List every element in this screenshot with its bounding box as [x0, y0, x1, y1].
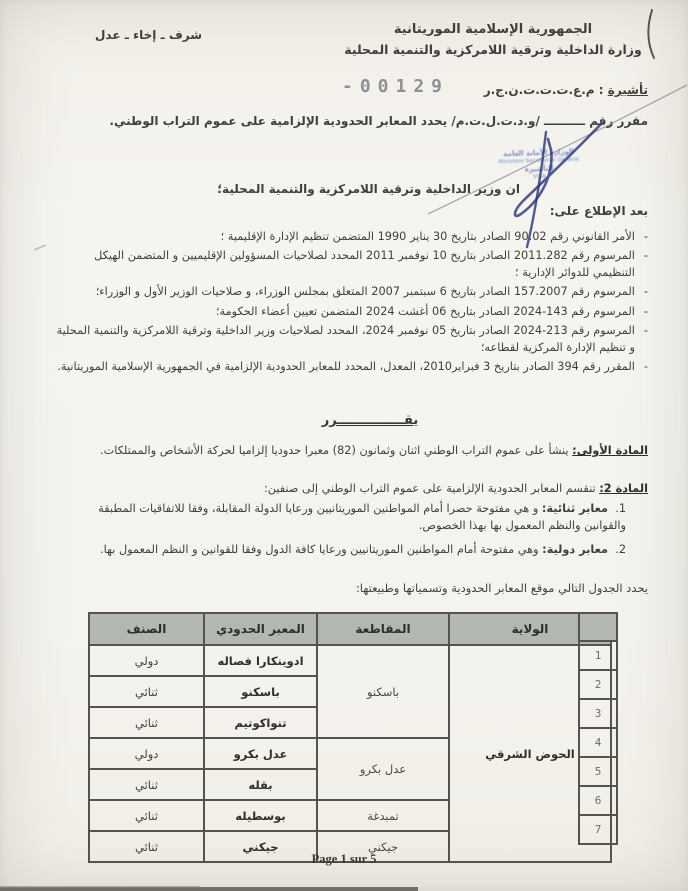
list-item: -المرسوم رقم 213-2024 الصادر بتاريخ 05 ن… — [48, 322, 648, 356]
article-1-label: المادة الأولى: — [572, 444, 648, 457]
row-number: 1 — [578, 642, 618, 671]
margin-pencil-mark — [34, 245, 46, 250]
visa-code: : م.ع.ت.ت.ت.ن.ج.ر — [484, 83, 608, 97]
row-number: 5 — [578, 758, 618, 787]
article-2-item-2: 2. معابر دولية: وهي مفتوحة أمام المواطني… — [66, 542, 626, 559]
article-2-item-1: 1. معابر ثنائية: و هي مفتوحة حصرا أمام ا… — [66, 501, 626, 535]
registry-stamp-number: -00129 — [342, 76, 449, 97]
row-number: 3 — [578, 700, 618, 729]
moughataa-cell: تمبدغة — [317, 800, 449, 831]
list-item: -الأمر القانوني رقم 90.02 الصادر بتاريخ … — [48, 228, 648, 245]
col-header-type: الصنف — [89, 613, 204, 645]
page-number-footer: Page 1 sur 5 — [0, 852, 688, 867]
legal-references-list: -الأمر القانوني رقم 90.02 الصادر بتاريخ … — [48, 228, 648, 377]
ministry-visa-stamp: الوزارة الأمانة العامة Ministère Secréta… — [477, 147, 600, 184]
table-row: الحوض الشرقي باسكنو ادوينكارا فصاله دولي — [89, 645, 611, 676]
col-header-moughataa: المقاطعة — [317, 613, 449, 645]
border-crossings-table: الولاية المقاطعة المعبر الحدودي الصنف ال… — [88, 612, 612, 863]
row-number-column: 1 2 3 4 5 6 7 — [578, 612, 618, 845]
row-number: 2 — [578, 671, 618, 700]
row-number-header — [578, 612, 618, 642]
visa-label: تأشيرة — [608, 83, 648, 97]
article-1: المادة الأولى: ينشأ على عموم التراب الوط… — [48, 443, 648, 460]
scanned-decree-page: الجمهورية الإسلامية الموريتانية وزارة ال… — [0, 0, 688, 891]
review-line: بعد الإطلاع على: — [550, 204, 648, 218]
ministry-title: وزارة الداخلية وترقية اللامركزية والتنمي… — [334, 40, 652, 59]
row-number: 6 — [578, 787, 618, 816]
decree-title: مقرر رقم ــــــــــ /و.د.ت.ل.ت.م/ يحدد ا… — [83, 114, 648, 128]
moughataa-cell: عدل بكرو — [317, 738, 449, 800]
list-item: -المقرر رقم 394 الصادر بتاريخ 3 فبراير20… — [48, 358, 648, 375]
article-2: المادة 2: تنقسم المعابر الحدودية الإلزام… — [48, 481, 648, 498]
list-item: -المرسوم رقم 143-2024 الصادر بتاريخ 06 أ… — [48, 303, 648, 320]
list-item: -المرسوم رقم 157.2007 الصادر بتاريخ 6 سب… — [48, 283, 648, 300]
list-item: -المرسوم رقم 2011.282 الصادر بتاريخ 10 ن… — [48, 247, 648, 281]
table-intro: يحدد الجدول التالي موقع المعابر الحدودية… — [356, 581, 648, 595]
col-header-crossing: المعبر الحدودي — [204, 613, 317, 645]
visa-line: تأشيرة : م.ع.ت.ت.ت.ن.ج.ر — [484, 83, 648, 97]
minister-line: ان وزير الداخلية وترقية اللامركزية والتن… — [217, 182, 520, 196]
article-2-label: المادة 2: — [599, 482, 648, 495]
national-motto: شرف ـ إخاء ـ عدل — [95, 28, 202, 42]
table-header-row: الولاية المقاطعة المعبر الحدودي الصنف — [89, 613, 611, 645]
row-number: 4 — [578, 729, 618, 758]
row-number: 7 — [578, 816, 618, 845]
moughataa-cell: باسكنو — [317, 645, 449, 738]
decides-heading: يقـــــــــــــــرر — [280, 413, 460, 428]
scan-bottom-edge-soft — [0, 886, 200, 888]
government-header: الجمهورية الإسلامية الموريتانية وزارة ال… — [334, 20, 652, 60]
republic-title: الجمهورية الإسلامية الموريتانية — [334, 20, 652, 40]
